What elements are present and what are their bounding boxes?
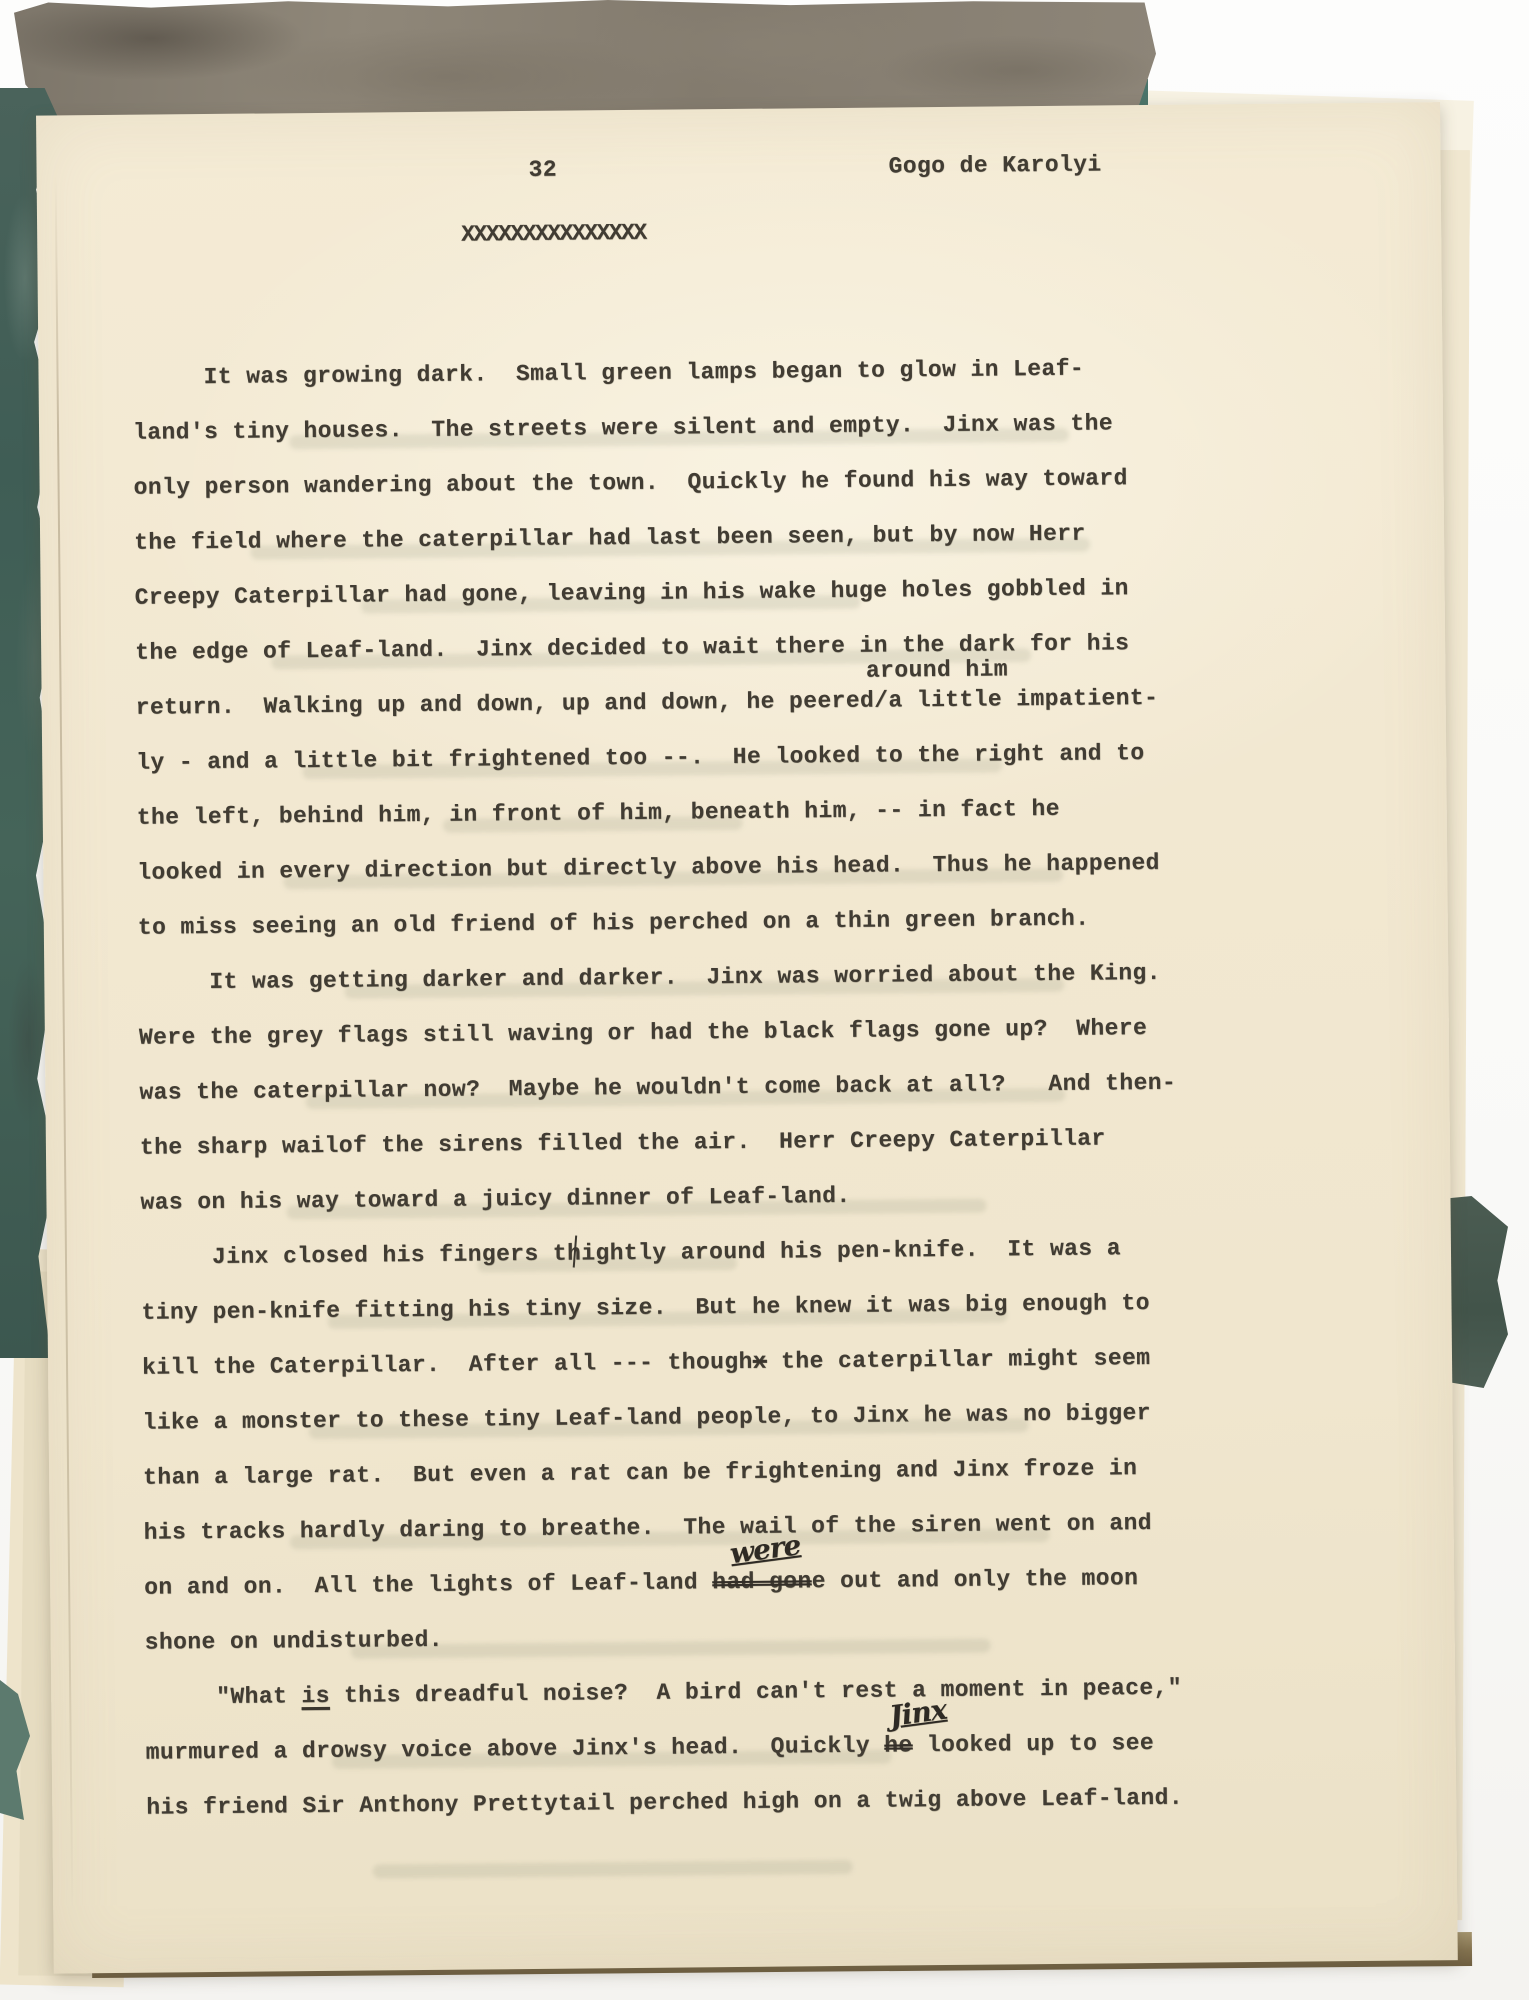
page-header: 32 Gogo de Karolyi (36, 148, 1440, 161)
chapter-separator: XXXXXXXXXXXXXXX (461, 220, 646, 248)
author-name: Gogo de Karolyi (888, 151, 1101, 179)
typed-body: It was growing dark. Small green lamps b… (132, 353, 1386, 1850)
paper-crease (55, 175, 74, 1913)
manuscript-page: 32 Gogo de Karolyi XXXXXXXXXXXXXXX It wa… (36, 102, 1458, 1973)
typed-line: his friend Sir Anthony Prettytail perche… (146, 1783, 1386, 1850)
page-number: 32 (528, 157, 557, 183)
bleed-through-smudge (373, 1860, 853, 1879)
typed-insertion: around him (866, 656, 1008, 683)
photograph-of-typewritten-manuscript: { "page": { "page_number": "32", "author… (0, 0, 1529, 2000)
